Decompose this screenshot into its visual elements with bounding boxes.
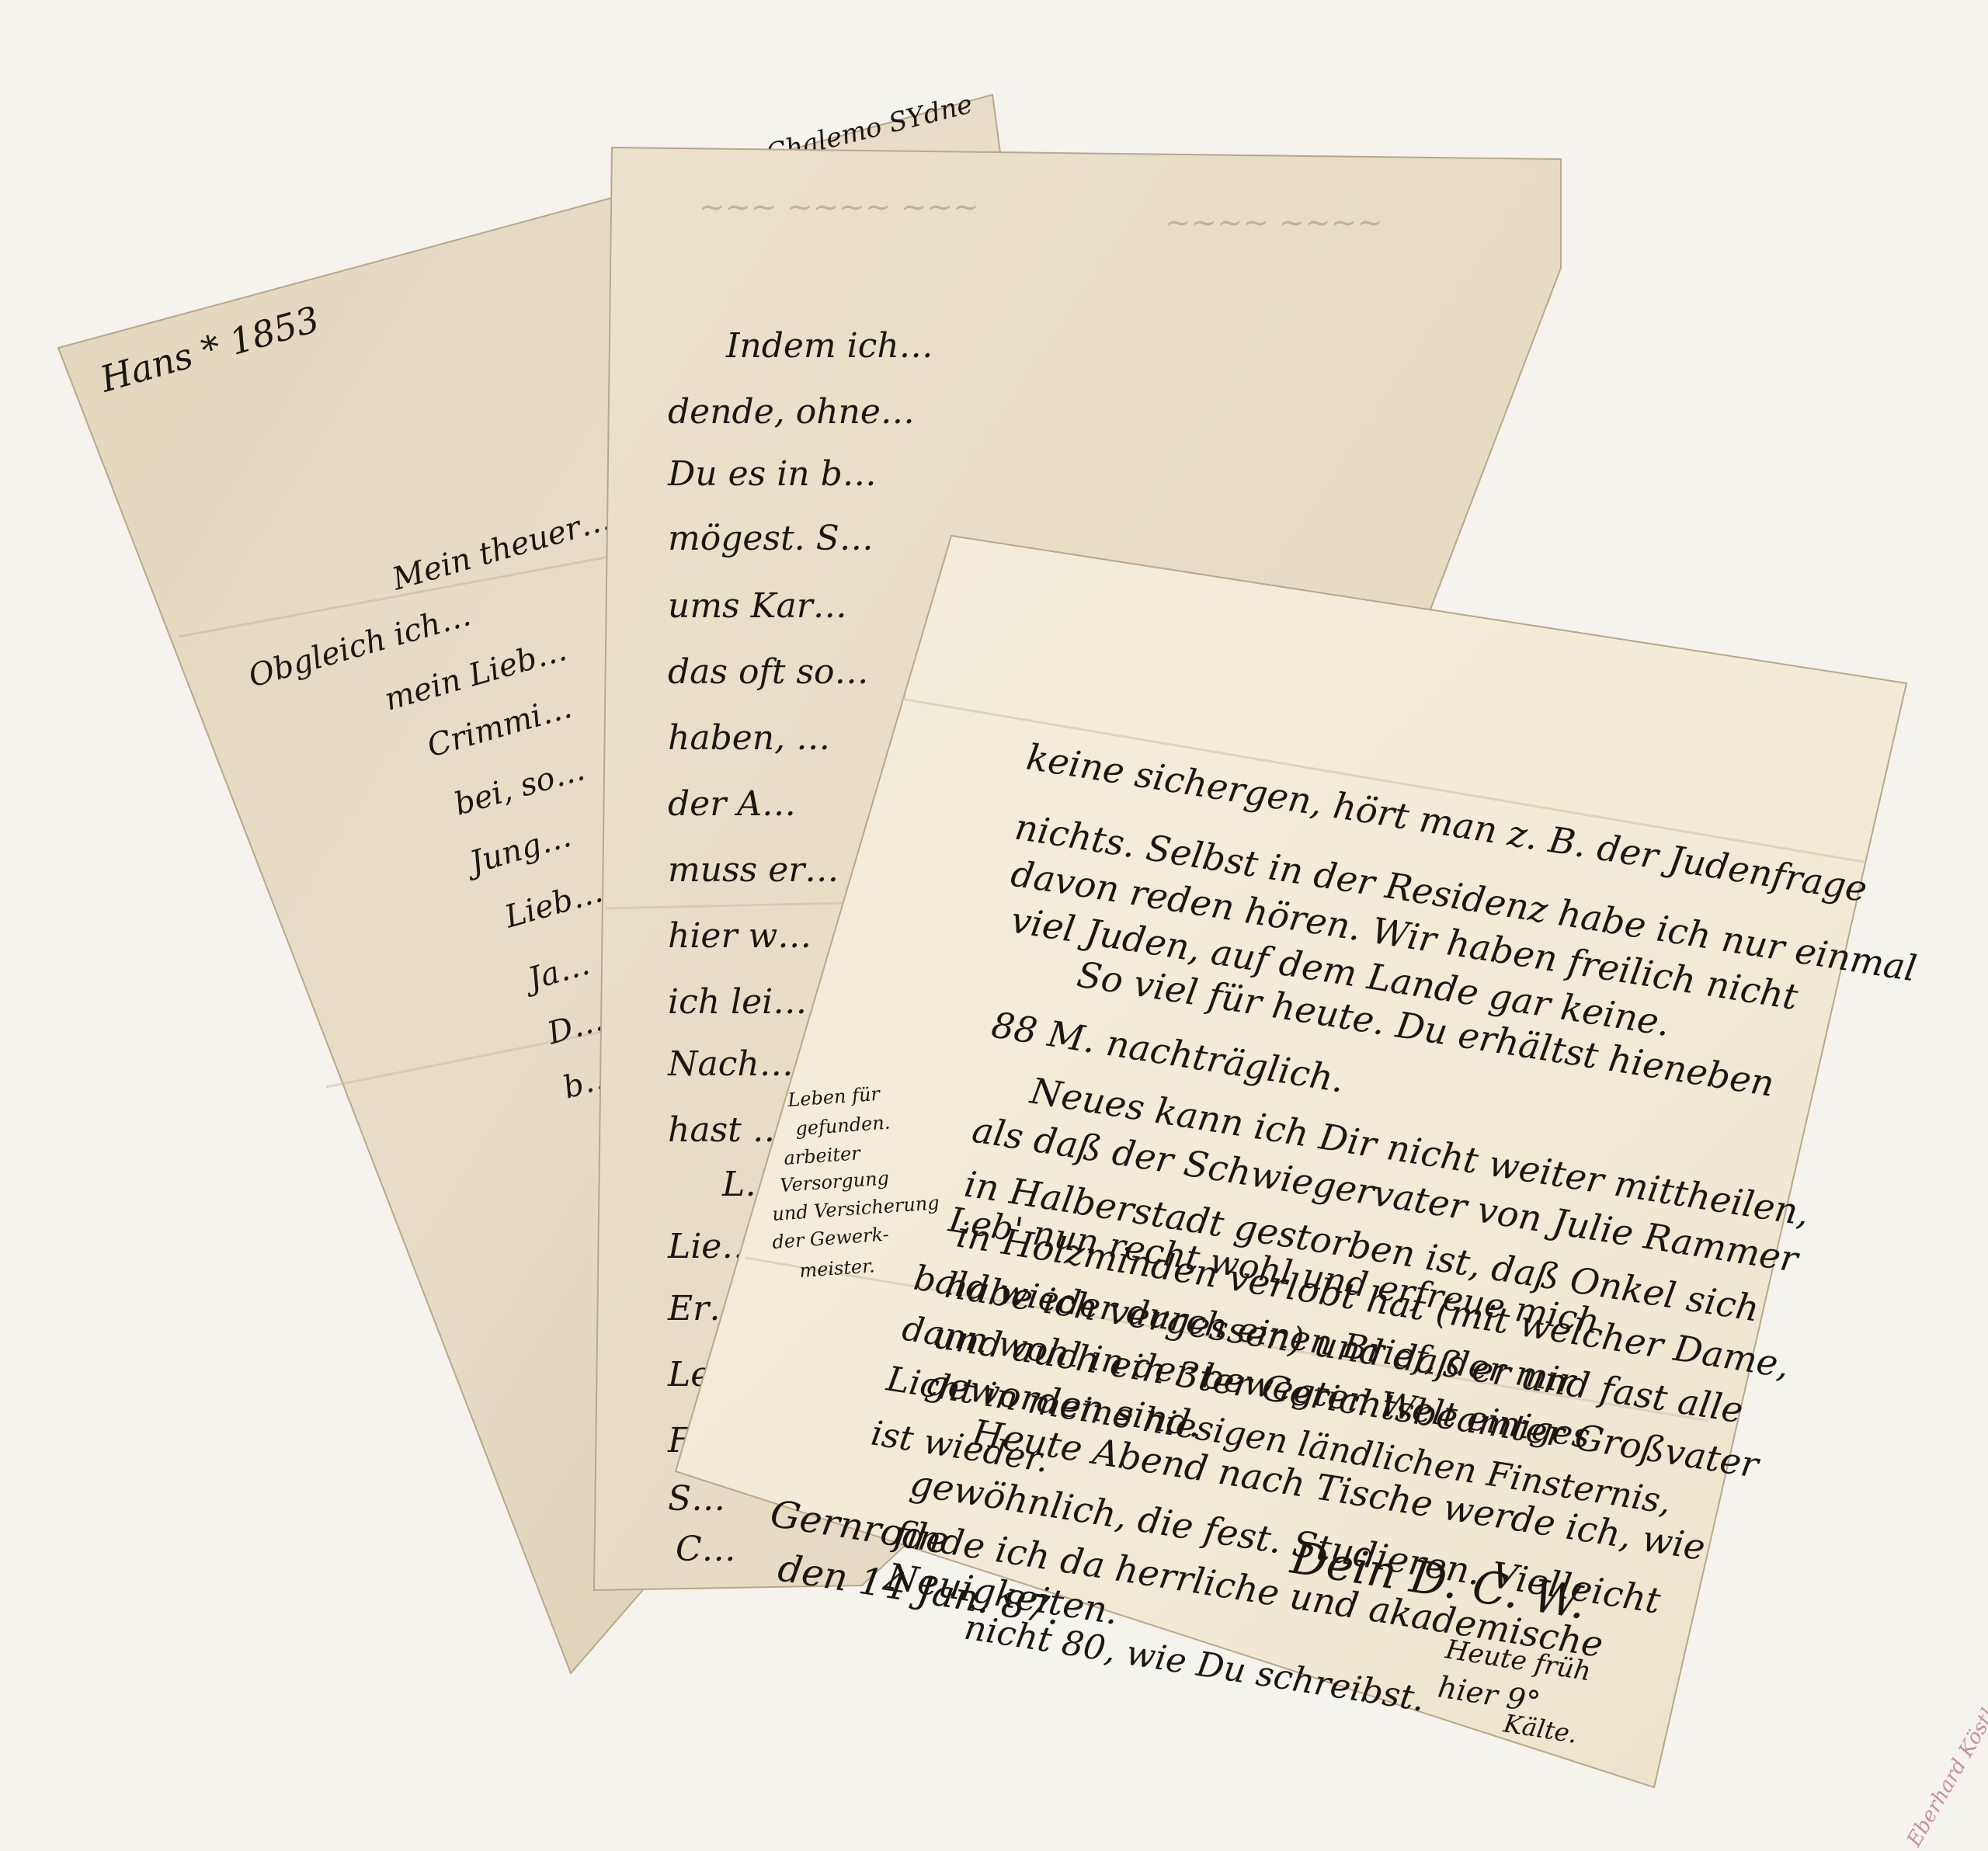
svg-text:der A…: der A… [668,784,796,824]
svg-text:haben, …: haben, … [668,718,830,758]
letters-photo: Hans * 1853 Chalemo ЅYdne …8 Mein theuer… [0,0,1988,1851]
svg-text:ums Kar…: ums Kar… [668,586,847,626]
svg-text:muss er…: muss er… [668,850,839,890]
svg-text:C…: C… [676,1530,736,1569]
svg-text:mögest. S…: mögest. S… [668,519,874,558]
dealer-watermark: Eberhard Köstler - Autographen & Bücher [1903,1462,1988,1851]
svg-text:Indem ich…: Indem ich… [725,326,933,366]
svg-text:Nach…: Nach… [667,1044,794,1084]
svg-text:~~~~ ~~~~: ~~~~ ~~~~ [1165,205,1383,241]
svg-text:~~~ ~~~~ ~~~: ~~~ ~~~~ ~~~ [699,189,979,225]
svg-text:hier w…: hier w… [668,916,812,956]
svg-text:dende, ohne…: dende, ohne… [668,392,915,432]
svg-text:ich lei…: ich lei… [668,982,807,1022]
svg-text:Du es in b…: Du es in b… [667,454,877,494]
svg-text:das oft so…: das oft so… [668,652,868,692]
svg-text:hast …: hast … [668,1110,787,1150]
